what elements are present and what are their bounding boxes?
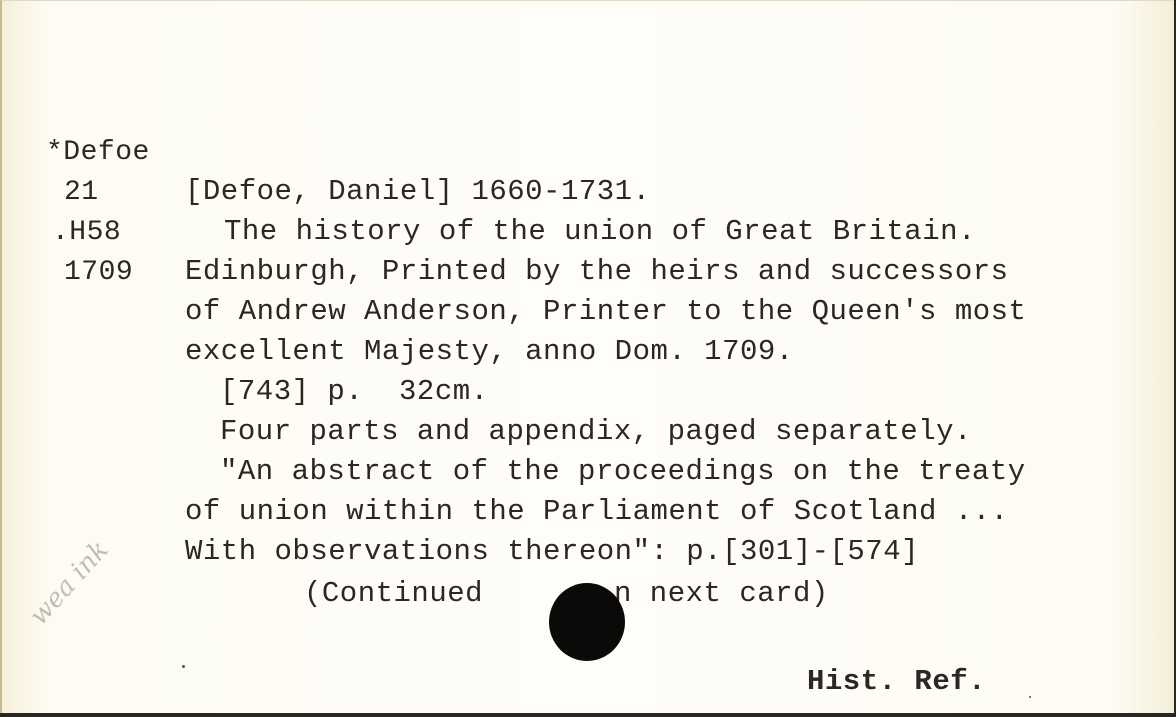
call-number-line-3: .H58 <box>52 219 121 247</box>
catalog-card: *Defoe 21 .H58 1709 [Defoe, Daniel] 1660… <box>0 0 1174 713</box>
call-number-line-1: *Defoe <box>46 139 150 167</box>
call-number-line-2: 21 <box>64 179 99 207</box>
location-label: Hist. Ref. <box>807 667 986 696</box>
note-line-2: "An abstract of the proceedings on the t… <box>220 457 1026 486</box>
stray-mark <box>182 665 185 668</box>
author-heading: [Defoe, Daniel] 1660-1731. <box>185 177 650 206</box>
title-line-2: Edinburgh, Printed by the heirs and succ… <box>185 257 1009 286</box>
continued-label-rest: n next card) <box>614 579 829 608</box>
collation: [743] p. 32cm. <box>220 377 489 406</box>
note-line-1: Four parts and appendix, paged separatel… <box>220 417 972 446</box>
title-line-1: The history of the union of Great Britai… <box>224 217 976 246</box>
handwritten-note: wea ink <box>24 535 115 631</box>
title-line-4: excellent Majesty, anno Dom. 1709. <box>185 337 794 366</box>
stray-mark <box>1029 696 1031 698</box>
continued-label: (Continued <box>304 579 483 608</box>
call-number-line-4: 1709 <box>64 259 133 287</box>
note-line-4: With observations thereon": p.[301]-[574… <box>185 537 919 566</box>
title-line-3: of Andrew Anderson, Printer to the Queen… <box>185 297 1026 326</box>
punch-hole <box>549 583 625 661</box>
note-line-3: of union within the Parliament of Scotla… <box>185 497 1009 526</box>
